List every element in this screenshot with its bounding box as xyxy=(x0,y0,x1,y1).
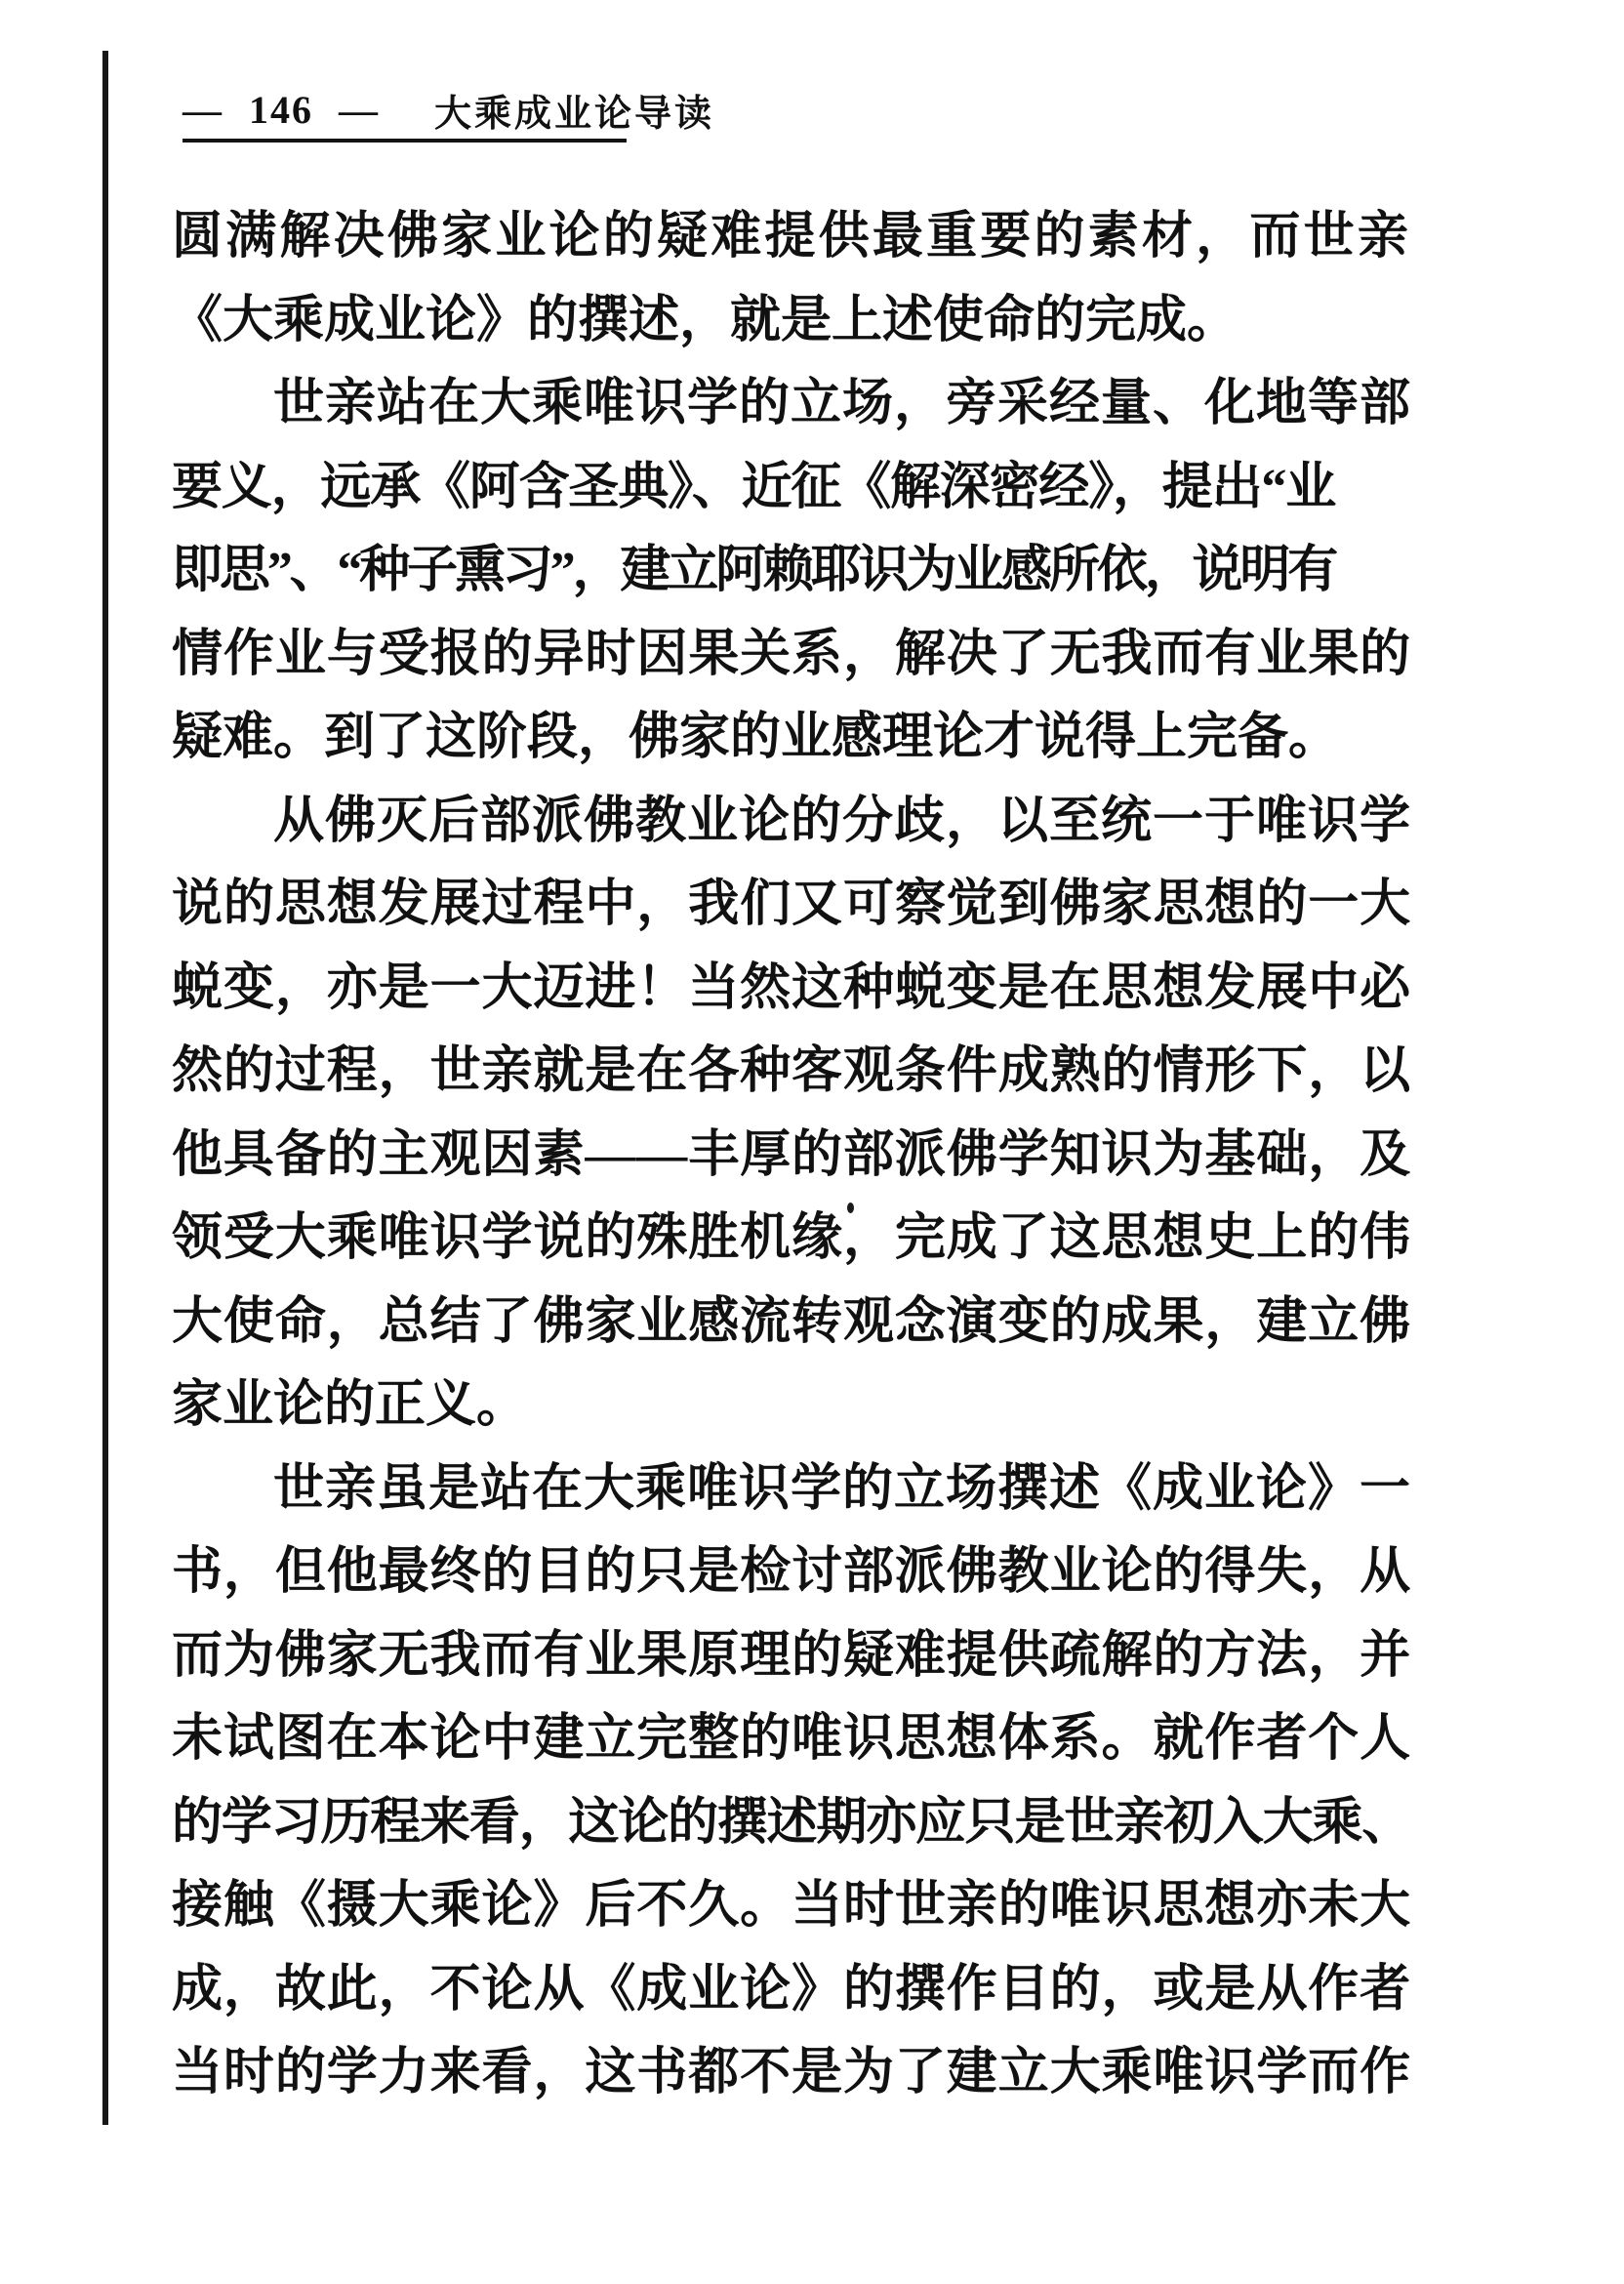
text-line: 的学习历程来看，这论的撰述期亦应只是世亲初入大乘、 xyxy=(172,1781,1411,1865)
text-line: 情作业与受报的异时因果关系，解决了无我而有业果的 xyxy=(172,613,1411,697)
text-line: 他具备的主观因素——丰厚的部派佛学知识为基础，及 xyxy=(172,1114,1411,1198)
scan-artifact-dot xyxy=(847,1203,854,1213)
page-header: — 146 — 大乘成业论导读 xyxy=(183,84,714,135)
book-title: 大乘成业论导读 xyxy=(434,83,714,137)
page-number-right-dash: — xyxy=(339,87,380,133)
text-line: 蜕变，亦是一大迈进！当然这种蜕变是在思想发展中必 xyxy=(172,947,1411,1031)
text-line: 书，但他最终的目的只是检讨部派佛教业论的得失，从 xyxy=(172,1530,1411,1614)
page-number-left-dash: — xyxy=(183,87,223,133)
text-line: 成，故此，不论从《成业论》的撰作目的，或是从作者 xyxy=(172,1948,1411,2032)
text-line: 接触《摄大乘论》后不久。当时世亲的唯识思想亦未大 xyxy=(172,1864,1411,1948)
text-line: 领受大乘唯识学说的殊胜机缘，完成了这思想史上的伟 xyxy=(172,1197,1411,1281)
scan-edge-line xyxy=(102,51,108,2125)
text-line: 然的过程，世亲就是在各种客观条件成熟的情形下，以 xyxy=(172,1030,1411,1114)
body-text: 圆满解决佛家业论的疑难提供最重要的素材，而世亲《大乘成业论》的撰述，就是上述使命… xyxy=(172,195,1411,2115)
text-line: 而为佛家无我而有业果原理的疑难提供疏解的方法，并 xyxy=(172,1614,1411,1698)
text-line: 疑难。到了这阶段，佛家的业感理论才说得上完备。 xyxy=(172,696,1411,780)
text-line: 即思”、“种子熏习”，建立阿赖耶识为业感所依，说明有 xyxy=(172,529,1411,613)
page-number: 146 xyxy=(249,87,313,133)
text-line: 大使命，总结了佛家业感流转观念演变的成果，建立佛 xyxy=(172,1281,1411,1365)
text-line: 世亲站在大乘唯识学的立场，旁采经量、化地等部 xyxy=(172,362,1411,446)
text-line: 《大乘成业论》的撰述，就是上述使命的完成。 xyxy=(172,279,1411,363)
text-line: 从佛灭后部派佛教业论的分歧，以至统一于唯识学 xyxy=(172,780,1411,864)
text-line: 说的思想发展过程中，我们又可察觉到佛家思想的一大 xyxy=(172,863,1411,947)
text-line: 家业论的正义。 xyxy=(172,1364,1411,1448)
text-line: 要义，远承《阿含圣典》、近征《解深密经》，提出“业 xyxy=(172,446,1411,530)
text-line: 世亲虽是站在大乘唯识学的立场撰述《成业论》一 xyxy=(172,1448,1411,1531)
text-line: 当时的学力来看，这书都不是为了建立大乘唯识学而作 xyxy=(172,2031,1411,2115)
book-page: — 146 — 大乘成业论导读 圆满解决佛家业论的疑难提供最重要的素材，而世亲《… xyxy=(0,0,1624,2284)
header-underline xyxy=(183,139,627,143)
text-line: 未试图在本论中建立完整的唯识思想体系。就作者个人 xyxy=(172,1697,1411,1781)
text-line: 圆满解决佛家业论的疑难提供最重要的素材，而世亲 xyxy=(172,195,1411,279)
